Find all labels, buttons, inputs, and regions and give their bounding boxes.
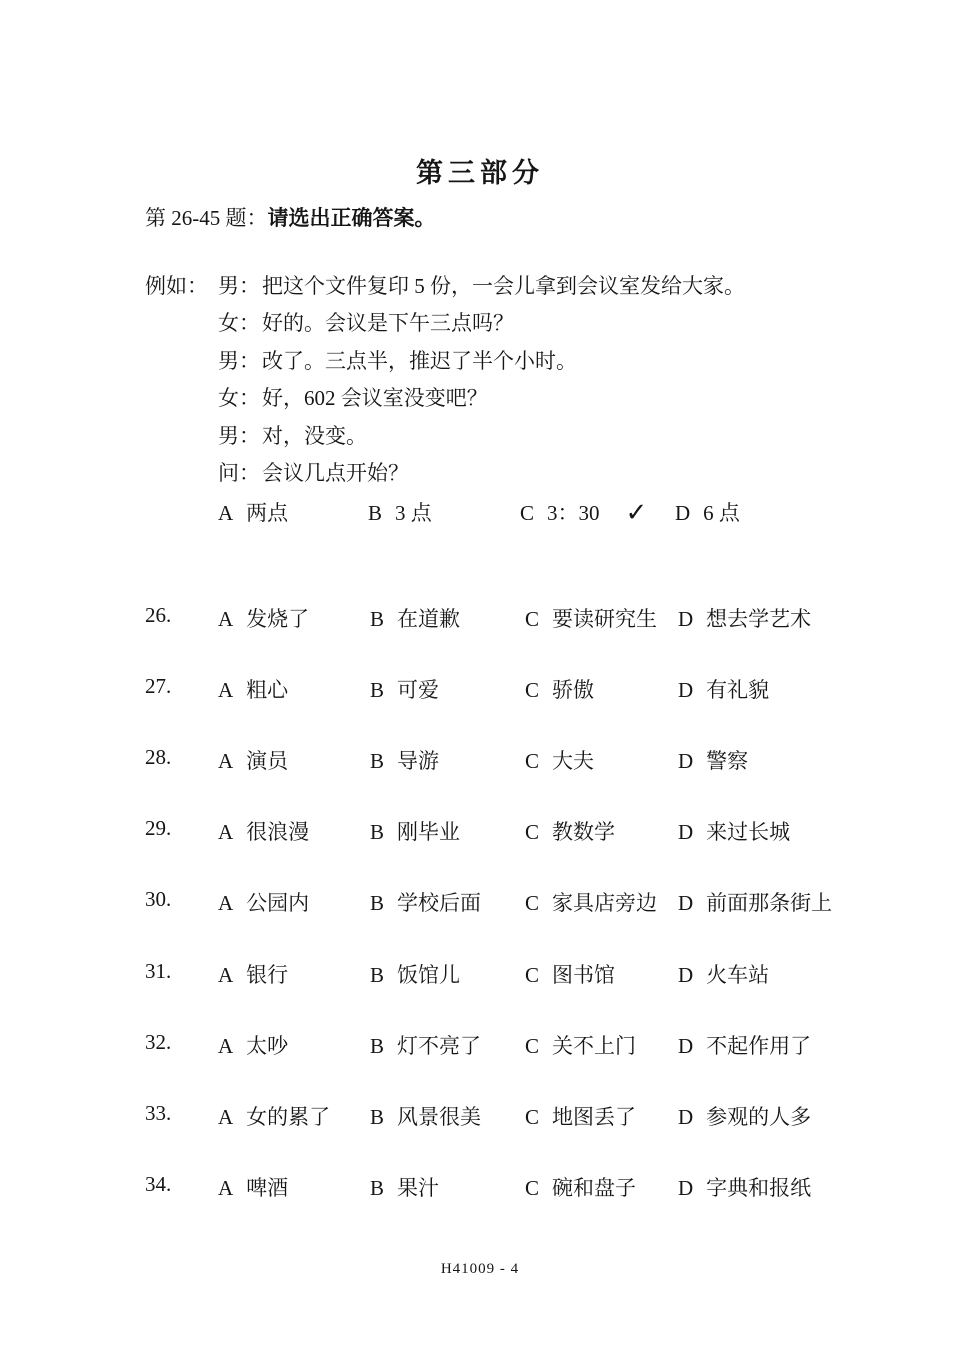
question-number: 32. xyxy=(145,1030,171,1055)
option-letter: A xyxy=(218,1105,233,1129)
dialogue-line: 男：对，没变。 xyxy=(218,420,745,457)
option-text: 在道歉 xyxy=(397,607,460,631)
question-row-29: 29.A很浪漫B刚毕业C教数学D来过长城 xyxy=(0,816,960,846)
option-letter: D xyxy=(678,891,693,915)
option-text: 饭馆儿 xyxy=(397,963,460,987)
option-text: 很浪漫 xyxy=(246,820,309,844)
option-text: 学校后面 xyxy=(397,891,481,915)
question-row-31: 31.A银行B饭馆儿C图书馆D火车站 xyxy=(0,959,960,989)
option-text: 刚毕业 xyxy=(397,820,460,844)
dialogue-line: 问：会议几点开始？ xyxy=(218,457,745,494)
option-letter: A xyxy=(218,678,233,702)
option-text: 图书馆 xyxy=(552,963,615,987)
option-text: 参观的人多 xyxy=(706,1105,811,1129)
page-footer: H41009 - 4 xyxy=(0,1261,960,1278)
example-label: 例如： xyxy=(145,270,208,300)
option-C: C大夫 xyxy=(525,745,594,775)
option-text: 字典和报纸 xyxy=(706,1176,811,1200)
instruction-prefix: 第 26-45 题： xyxy=(145,206,268,230)
option-D: D来过长城 xyxy=(678,816,790,846)
dialogue-line: 男：改了。三点半，推迟了半个小时。 xyxy=(218,345,745,382)
option-D: D警察 xyxy=(678,745,748,775)
option-letter: C xyxy=(525,963,539,987)
option-A: A粗心 xyxy=(218,674,288,704)
question-row-27: 27.A粗心B可爱C骄傲D有礼貌 xyxy=(0,674,960,704)
option-text: 想去学艺术 xyxy=(706,607,811,631)
dialogue-text: 会议几点开始？ xyxy=(262,461,409,485)
option-C: C碗和盘子 xyxy=(525,1172,636,1202)
option-D: D有礼貌 xyxy=(678,674,769,704)
option-A: A银行 xyxy=(218,959,288,989)
option-letter: C xyxy=(525,820,539,844)
option-letter: D xyxy=(678,749,693,773)
question-number: 27. xyxy=(145,674,171,699)
option-D: D火车站 xyxy=(678,959,769,989)
option-A: A很浪漫 xyxy=(218,816,309,846)
option-text: 果汁 xyxy=(397,1176,439,1200)
option-letter: A xyxy=(218,820,233,844)
dialogue-speaker: 女： xyxy=(218,311,260,335)
option-letter: D xyxy=(678,678,693,702)
dialogue-line: 女：好的。会议是下午三点吗？ xyxy=(218,307,745,344)
option-B: B果汁 xyxy=(370,1172,439,1202)
option-text: 6 点 xyxy=(703,501,740,525)
question-number: 31. xyxy=(145,959,171,984)
option-C: C骄傲 xyxy=(525,674,594,704)
option-A: A演员 xyxy=(218,745,288,775)
option-letter: C xyxy=(520,501,534,525)
option-letter: C xyxy=(525,1105,539,1129)
question-number: 28. xyxy=(145,745,171,770)
option-text: 3：30 xyxy=(547,501,600,525)
option-A: A啤酒 xyxy=(218,1172,288,1202)
option-letter: B xyxy=(370,1176,384,1200)
option-B: B刚毕业 xyxy=(370,816,460,846)
option-text: 教数学 xyxy=(552,820,615,844)
option-text: 来过长城 xyxy=(706,820,790,844)
exam-page: 第三部分 第 26-45 题：请选出正确答案。 例如： 男：把这个文件复印 5 … xyxy=(0,0,960,1358)
option-text: 女的累了 xyxy=(246,1105,330,1129)
option-text: 可爱 xyxy=(397,678,439,702)
option-text: 啤酒 xyxy=(246,1176,288,1200)
option-text: 不起作用了 xyxy=(706,1034,811,1058)
option-B: B在道歉 xyxy=(370,603,460,633)
question-number: 26. xyxy=(145,603,171,628)
example-option-C: C3：30✓ xyxy=(520,497,647,527)
option-text: 警察 xyxy=(706,749,748,773)
option-letter: A xyxy=(218,749,233,773)
option-letter: D xyxy=(675,501,690,525)
dialogue-text: 对，没变。 xyxy=(262,424,367,448)
instruction-text: 请选出正确答案。 xyxy=(268,206,436,230)
option-C: C关不上门 xyxy=(525,1030,636,1060)
option-text: 演员 xyxy=(246,749,288,773)
option-B: B灯不亮了 xyxy=(370,1030,481,1060)
question-row-26: 26.A发烧了B在道歉C要读研究生D想去学艺术 xyxy=(0,603,960,633)
question-number: 29. xyxy=(145,816,171,841)
question-number: 33. xyxy=(145,1101,171,1126)
option-letter: B xyxy=(370,678,384,702)
checkmark-icon: ✓ xyxy=(626,498,648,527)
option-letter: A xyxy=(218,501,233,525)
option-text: 发烧了 xyxy=(246,607,309,631)
option-letter: C xyxy=(525,678,539,702)
option-letter: A xyxy=(218,1176,233,1200)
option-letter: C xyxy=(525,1176,539,1200)
example-dialogue: 男：把这个文件复印 5 份，一会儿拿到会议室发给大家。女：好的。会议是下午三点吗… xyxy=(218,270,745,494)
option-A: A公园内 xyxy=(218,887,309,917)
option-B: B饭馆儿 xyxy=(370,959,460,989)
option-text: 灯不亮了 xyxy=(397,1034,481,1058)
question-row-32: 32.A太吵B灯不亮了C关不上门D不起作用了 xyxy=(0,1030,960,1060)
option-B: B导游 xyxy=(370,745,439,775)
option-text: 火车站 xyxy=(706,963,769,987)
option-text: 地图丢了 xyxy=(552,1105,636,1129)
option-D: D想去学艺术 xyxy=(678,603,811,633)
question-row-34: 34.A啤酒B果汁C碗和盘子D字典和报纸 xyxy=(0,1172,960,1202)
dialogue-speaker: 女： xyxy=(218,386,260,410)
question-number: 34. xyxy=(145,1172,171,1197)
option-C: C地图丢了 xyxy=(525,1101,636,1131)
option-letter: C xyxy=(525,749,539,773)
option-letter: B xyxy=(370,749,384,773)
option-text: 家具店旁边 xyxy=(552,891,657,915)
option-letter: B xyxy=(370,963,384,987)
option-text: 公园内 xyxy=(246,891,309,915)
option-C: C家具店旁边 xyxy=(525,887,657,917)
option-letter: C xyxy=(525,1034,539,1058)
question-row-28: 28.A演员B导游C大夫D警察 xyxy=(0,745,960,775)
option-text: 粗心 xyxy=(246,678,288,702)
option-text: 碗和盘子 xyxy=(552,1176,636,1200)
option-text: 要读研究生 xyxy=(552,607,657,631)
option-letter: B xyxy=(370,820,384,844)
question-row-33: 33.A女的累了B风景很美C地图丢了D参观的人多 xyxy=(0,1101,960,1131)
option-letter: B xyxy=(370,1105,384,1129)
example-option-B: B3 点 xyxy=(368,497,432,527)
option-B: B学校后面 xyxy=(370,887,481,917)
dialogue-speaker: 男： xyxy=(218,349,260,373)
option-text: 大夫 xyxy=(552,749,594,773)
option-text: 银行 xyxy=(246,963,288,987)
option-C: C图书馆 xyxy=(525,959,615,989)
option-letter: A xyxy=(218,963,233,987)
option-D: D不起作用了 xyxy=(678,1030,811,1060)
option-text: 有礼貌 xyxy=(706,678,769,702)
option-C: C教数学 xyxy=(525,816,615,846)
option-text: 风景很美 xyxy=(397,1105,481,1129)
option-D: D参观的人多 xyxy=(678,1101,811,1131)
option-D: D前面那条街上 xyxy=(678,887,832,917)
option-letter: C xyxy=(525,607,539,631)
option-letter: D xyxy=(678,820,693,844)
dialogue-line: 女：好，602 会议室没变吧？ xyxy=(218,382,745,419)
option-text: 导游 xyxy=(397,749,439,773)
option-letter: B xyxy=(368,501,382,525)
option-C: C要读研究生 xyxy=(525,603,657,633)
example-option-A: A两点 xyxy=(218,497,288,527)
option-A: A发烧了 xyxy=(218,603,309,633)
dialogue-speaker: 男： xyxy=(218,274,260,298)
question-row-30: 30.A公园内B学校后面C家具店旁边D前面那条街上 xyxy=(0,887,960,917)
option-A: A女的累了 xyxy=(218,1101,330,1131)
option-letter: C xyxy=(525,891,539,915)
option-letter: D xyxy=(678,1105,693,1129)
option-letter: A xyxy=(218,891,233,915)
option-text: 骄傲 xyxy=(552,678,594,702)
option-letter: B xyxy=(370,607,384,631)
option-letter: B xyxy=(370,891,384,915)
option-A: A太吵 xyxy=(218,1030,288,1060)
option-letter: D xyxy=(678,607,693,631)
dialogue-line: 男：把这个文件复印 5 份，一会儿拿到会议室发给大家。 xyxy=(218,270,745,307)
option-B: B可爱 xyxy=(370,674,439,704)
dialogue-text: 好的。会议是下午三点吗？ xyxy=(262,311,514,335)
option-letter: D xyxy=(678,1034,693,1058)
dialogue-text: 好，602 会议室没变吧？ xyxy=(262,386,488,410)
option-letter: D xyxy=(678,963,693,987)
option-text: 关不上门 xyxy=(552,1034,636,1058)
option-D: D字典和报纸 xyxy=(678,1172,811,1202)
option-text: 前面那条街上 xyxy=(706,891,832,915)
option-letter: D xyxy=(678,1176,693,1200)
option-B: B风景很美 xyxy=(370,1101,481,1131)
option-text: 两点 xyxy=(246,501,288,525)
dialogue-speaker: 问： xyxy=(218,461,260,485)
dialogue-text: 把这个文件复印 5 份，一会儿拿到会议室发给大家。 xyxy=(262,274,745,298)
instruction: 第 26-45 题：请选出正确答案。 xyxy=(145,202,436,232)
page-title: 第三部分 xyxy=(0,151,960,190)
question-number: 30. xyxy=(145,887,171,912)
option-letter: B xyxy=(370,1034,384,1058)
option-text: 太吵 xyxy=(246,1034,288,1058)
dialogue-speaker: 男： xyxy=(218,424,260,448)
option-letter: A xyxy=(218,1034,233,1058)
option-text: 3 点 xyxy=(395,501,432,525)
example-option-D: D6 点 xyxy=(675,497,740,527)
dialogue-text: 改了。三点半，推迟了半个小时。 xyxy=(262,349,577,373)
example-options: A两点B3 点C3：30✓D6 点 xyxy=(0,497,960,527)
option-letter: A xyxy=(218,607,233,631)
